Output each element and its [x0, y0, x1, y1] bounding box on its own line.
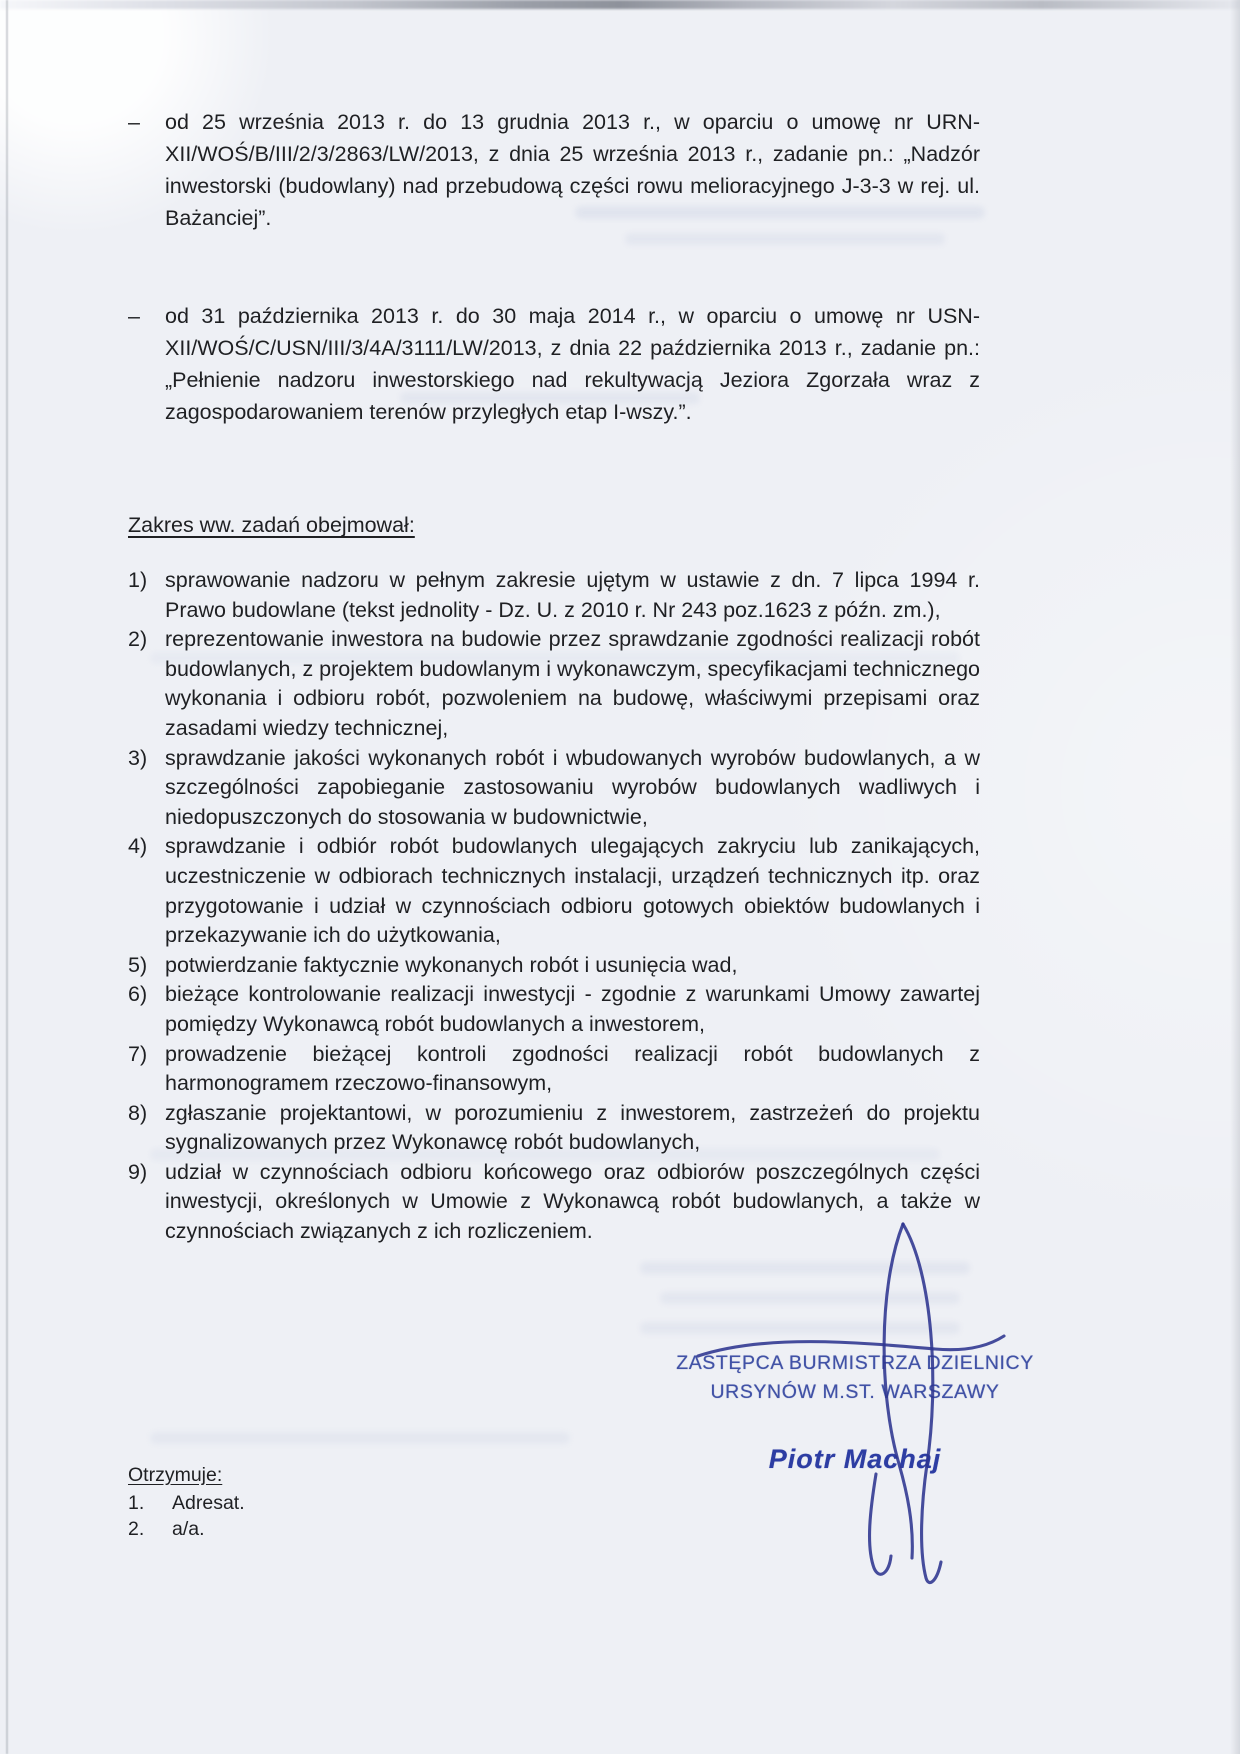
task-number: 4) [128, 832, 165, 950]
task-number: 9) [128, 1158, 165, 1247]
distribution-heading: Otrzymuje: [128, 1462, 528, 1488]
contract-paragraph-1: – od 25 września 2013 r. do 13 grudnia 2… [128, 106, 980, 234]
task-list: 1) sprawowanie nadzoru w pełnym zakresie… [128, 566, 980, 1247]
handwritten-signature-flourish [690, 1206, 1020, 1601]
scan-left-edge-artifact [6, 0, 8, 1754]
task-number: 3) [128, 744, 165, 833]
dash-bullet-marker: – [128, 106, 165, 234]
task-text: sprawdzanie i odbiór robót budowlanych u… [165, 832, 980, 950]
contract-paragraph-1-text: od 25 września 2013 r. do 13 grudnia 201… [165, 106, 980, 234]
task-number: 7) [128, 1040, 165, 1099]
item-number: 1. [128, 1490, 172, 1516]
task-item-2: 2) reprezentowanie inwestora na budowie … [128, 625, 980, 743]
task-number: 1) [128, 566, 165, 625]
contract-paragraph-2-text: od 31 października 2013 r. do 30 maja 20… [165, 300, 980, 428]
distribution-item-2: 2. a/a. [128, 1516, 528, 1542]
task-number: 5) [128, 951, 165, 981]
item-number: 2. [128, 1516, 172, 1542]
task-text: sprawdzanie jakości wykonanych robót i w… [165, 744, 980, 833]
scanned-document-page: – od 25 września 2013 r. do 13 grudnia 2… [0, 0, 1240, 1754]
bleed-through-artifact [150, 1432, 570, 1444]
distribution-item-1: 1. Adresat. [128, 1490, 528, 1516]
signature-stroke [870, 1474, 891, 1574]
item-text: Adresat. [172, 1490, 245, 1516]
contract-paragraph-2: – od 31 października 2013 r. do 30 maja … [128, 300, 980, 428]
task-text: bieżące kontrolowanie realizacji inwesty… [165, 980, 980, 1039]
task-text: zgłaszanie projektantowi, w porozumieniu… [165, 1099, 980, 1158]
signature-stroke [903, 1224, 941, 1583]
task-number: 8) [128, 1099, 165, 1158]
task-item-3: 3) sprawdzanie jakości wykonanych robót … [128, 744, 980, 833]
item-text: a/a. [172, 1516, 205, 1542]
bleed-through-artifact [625, 233, 945, 245]
task-item-4: 4) sprawdzanie i odbiór robót budowlanyc… [128, 832, 980, 950]
scan-top-edge-artifact [0, 0, 1240, 9]
task-item-1: 1) sprawowanie nadzoru w pełnym zakresie… [128, 566, 980, 625]
scan-right-edge-artifact [1230, 0, 1240, 1754]
task-number: 6) [128, 980, 165, 1039]
task-item-8: 8) zgłaszanie projektantowi, w porozumie… [128, 1099, 980, 1158]
task-item-6: 6) bieżące kontrolowanie realizacji inwe… [128, 980, 980, 1039]
task-item-7: 7) prowadzenie bieżącej kontroli zgodnoś… [128, 1040, 980, 1099]
distribution-list: Otrzymuje: 1. Adresat. 2. a/a. [128, 1462, 528, 1542]
task-text: reprezentowanie inwestora na budowie prz… [165, 625, 980, 743]
task-text: sprawowanie nadzoru w pełnym zakresie uj… [165, 566, 980, 625]
task-number: 2) [128, 625, 165, 743]
task-item-5: 5) potwierdzanie faktycznie wykonanych r… [128, 951, 980, 981]
signature-stroke [698, 1336, 1004, 1356]
signature-stroke [884, 1224, 912, 1558]
task-text: potwierdzanie faktycznie wykonanych robó… [165, 951, 980, 981]
section-heading: Zakres ww. zadań obejmował: [128, 510, 415, 540]
task-text: prowadzenie bieżącej kontroli zgodności … [165, 1040, 980, 1099]
dash-bullet-marker: – [128, 300, 165, 428]
